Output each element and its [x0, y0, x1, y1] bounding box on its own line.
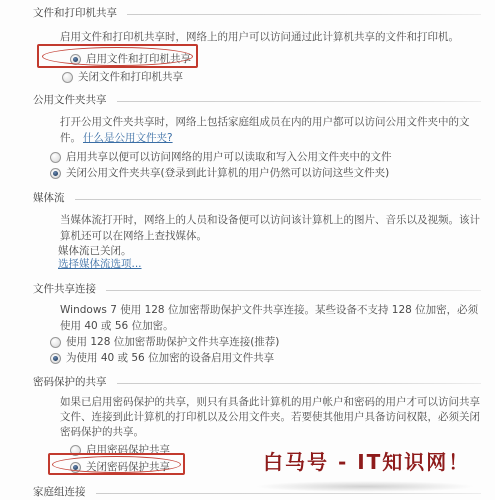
- section-header: 密码保护的共享: [33, 375, 481, 389]
- section-public-folder-sharing: 公用文件夹共享 打开公用文件夹共享时，网络上包括家庭组成员在内的用户都可以访问公…: [0, 93, 495, 181]
- radio-option-label: 启用密码保护共享: [86, 442, 170, 458]
- section-divider: [117, 101, 482, 102]
- radio-checked-icon[interactable]: [50, 168, 61, 179]
- radio-checked-icon[interactable]: [70, 462, 81, 473]
- section-divider: [75, 199, 482, 200]
- watermark-text: 白马号 - IT知识网！: [263, 449, 470, 475]
- radio-unchecked-icon[interactable]: [70, 445, 81, 456]
- radio-option-label: 为使用 40 或 56 位加密的设备启用文件共享: [66, 350, 274, 366]
- section-file-printer-sharing: 文件和打印机共享 启用文件和打印机共享时，网络上的用户可以访问通过此计算机共享的…: [0, 6, 495, 85]
- section-divider: [127, 14, 481, 15]
- radio-option-label: 启用文件和打印机共享: [86, 51, 191, 67]
- radio-option-128bit-encryption[interactable]: 使用 128 位加密帮助保护文件共享连接(推荐): [50, 334, 495, 350]
- section-header: 文件共享连接: [33, 282, 481, 296]
- section-header: 公用文件夹共享: [33, 93, 481, 107]
- radio-option-disable-public-folder-sharing[interactable]: 关闭公用文件夹共享(登录到此计算机的用户仍然可以访问这些文件夹): [50, 165, 495, 181]
- radio-option-disable-file-printer-sharing[interactable]: 关闭文件和打印机共享: [62, 69, 495, 85]
- choose-media-streaming-options-link[interactable]: 选择媒体流选项...: [58, 258, 142, 270]
- section-media-streaming: 媒体流 当媒体流打开时，网络上的人员和设备便可以访问该计算机上的图片、音乐以及视…: [0, 191, 495, 271]
- section-header: 文件和打印机共享: [33, 6, 481, 20]
- section-divider: [106, 290, 481, 291]
- radio-unchecked-icon[interactable]: [50, 152, 61, 163]
- advanced-sharing-settings-panel: 文件和打印机共享 启用文件和打印机共享时，网络上的用户可以访问通过此计算机共享的…: [0, 0, 495, 500]
- section-file-sharing-connections: 文件共享连接 Windows 7 使用 128 位加密帮助保护文件共享连接。某些…: [0, 282, 495, 366]
- section-description: 启用文件和打印机共享时，网络上的用户可以访问通过此计算机共享的文件和打印机。: [60, 29, 484, 45]
- radio-option-label: 关闭文件和打印机共享: [78, 69, 183, 85]
- section-description: 如果已启用密码保护的共享，则只有具备此计算机的用户帐户和密码的用户才可以访问共享…: [60, 395, 484, 440]
- section-description: 打开公用文件夹共享时，网络上包括家庭组成员在内的用户都可以访问公用文件夹中的文件…: [60, 114, 484, 146]
- radio-unchecked-icon[interactable]: [50, 337, 61, 348]
- what-is-public-folder-link[interactable]: 什么是公用文件夹?: [83, 132, 173, 144]
- radio-unchecked-icon[interactable]: [62, 72, 73, 83]
- watermark-shadow: [256, 481, 474, 492]
- section-description: Windows 7 使用 128 位加密帮助保护文件共享连接。某些设备不支持 1…: [60, 302, 484, 334]
- radio-option-label: 关闭公用文件夹共享(登录到此计算机的用户仍然可以访问这些文件夹): [66, 165, 389, 181]
- media-streaming-status: 媒体流已关闭。: [58, 245, 495, 258]
- radio-checked-icon[interactable]: [50, 353, 61, 364]
- radio-option-label: 启用共享以便可以访问网络的用户可以读取和写入公用文件夹中的文件: [66, 149, 392, 165]
- section-title: 文件和打印机共享: [33, 6, 117, 20]
- section-divider: [117, 383, 482, 384]
- radio-option-label: 使用 128 位加密帮助保护文件共享连接(推荐): [66, 334, 279, 350]
- section-description: 当媒体流打开时，网络上的人员和设备便可以访问该计算机上的图片、音乐以及视频。该计…: [60, 212, 484, 244]
- section-divider: [96, 493, 482, 494]
- radio-option-label: 关闭密码保护共享: [86, 459, 170, 475]
- section-title: 密码保护的共享: [33, 375, 107, 389]
- radio-option-enable-public-folder-sharing[interactable]: 启用共享以便可以访问网络的用户可以读取和写入公用文件夹中的文件: [50, 149, 495, 165]
- section-title: 媒体流: [33, 191, 65, 205]
- radio-option-enable-file-printer-sharing[interactable]: 启用文件和打印机共享: [70, 51, 495, 67]
- media-link-line: 选择媒体流选项...: [58, 258, 495, 271]
- radio-checked-icon[interactable]: [70, 54, 81, 65]
- section-title: 公用文件夹共享: [33, 93, 107, 107]
- section-header: 媒体流: [33, 191, 481, 205]
- radio-option-40-56bit-encryption[interactable]: 为使用 40 或 56 位加密的设备启用文件共享: [50, 350, 495, 366]
- section-title: 文件共享连接: [33, 282, 96, 296]
- section-title: 家庭组连接: [33, 485, 86, 499]
